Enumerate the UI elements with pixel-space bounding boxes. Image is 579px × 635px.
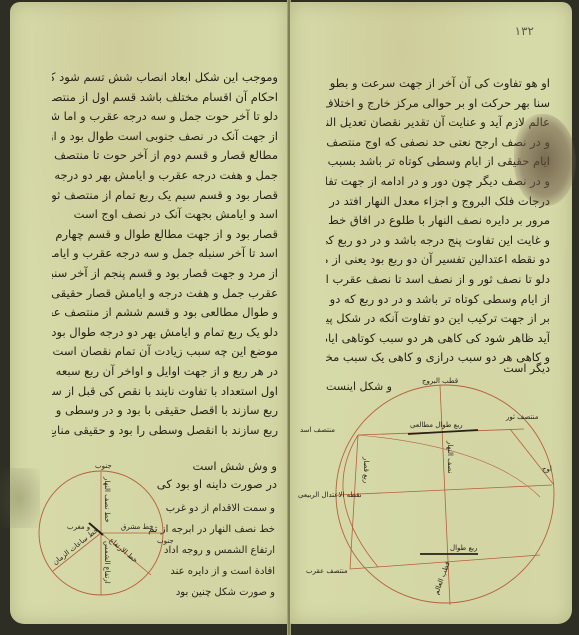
water-stain [514, 114, 576, 206]
diagram-label-vertical-lower: ارتفاع الشمس [103, 541, 111, 584]
diagram-label-east: خط مشرق [121, 523, 153, 531]
diagram-label-upper-band: ربع طوال مطالعی [410, 421, 463, 429]
text-line: و غایت این تفاوت پنج درجه باشد و در دو ر… [326, 231, 550, 251]
diagram-label-left-vertical: ربع قصار [362, 456, 370, 483]
diagram-label-center-vertical: نصف النهار [446, 440, 454, 473]
text-line: از مرد و جهت قصار بود و قسم پنجم از آخر … [52, 264, 278, 284]
open-manuscript: وموجب این شکل ابعاد انصاب شش تسم شود کی … [0, 0, 579, 635]
text-line: دیگر است [326, 360, 550, 378]
text-line: در هر ربع و از جهت اوایل و اواخر آن ربع … [52, 362, 278, 382]
right-astronomical-diagram: قطب البروج منتصف اسد ربع طوال مطالعی منت… [310, 377, 570, 617]
text-line: سنا بهر حرکت او بر حوالی مرکز خارج و اخت… [326, 94, 550, 114]
left-astronomical-diagram: جنوب خط مشرق جنوب و مغرب خط نصف النهار ا… [25, 457, 175, 607]
diagram-label-west: و مغرب [67, 523, 90, 531]
diagram-label-top: جنوب [95, 462, 112, 470]
text-line: موضع این چه سبب زیادت آن تمام نقصان است … [52, 342, 278, 362]
diagram-label-upper-right: منتصف ثور [505, 413, 539, 421]
text-line: قصار بود و قسم سیم یک ربع تمام از منتصف … [52, 186, 278, 206]
text-line: دلو تا نصف ثور و از نصف اسد تا نصف عقرب … [326, 270, 550, 290]
text-line: آید ظاهر شود کی کاهی هر دو سبب کوتاهی ای… [326, 329, 550, 349]
text-line: دو نقطه اعتدالین تفسیر آن دو ربع بود یعن… [326, 250, 550, 270]
text-line: عالم لازم آید و عنایت آن تقدیر نقصان تعد… [326, 113, 550, 133]
text-line: دلو تا آخر حوت جمل و سه درجه عقرب و اما … [52, 107, 278, 127]
diagram-label-east-outer: جنوب [157, 537, 174, 545]
left-page-text: وموجب این شکل ابعاد انصاب شش تسم شود کی … [52, 68, 278, 440]
text-line: ربع سازند با انقصل وسطی را بود و حقیقی م… [52, 421, 278, 441]
diagram-label-lower-left: خط ساعات الزمان [51, 526, 99, 566]
text-line: اسد تا آخر سنبله جمل و سه درجه عقرب و ای… [52, 244, 278, 264]
text-line: و طوال مطالعی بود و قسم ششم از منتصف عقر… [52, 303, 278, 323]
text-line: مرور بر دایره نصف النهار با طلوع در افاق… [326, 211, 550, 231]
text-line: دلو یک ربع تمام و ایامش بهر دو درجه طوال… [52, 323, 278, 343]
text-line: از ایام وسطی کوتاه تر باشد و در دو ربع ک… [326, 290, 550, 310]
right-page: ۱۳۲ او هو تفاوت کی آن آخر از جهت سرعت و … [290, 2, 572, 624]
text-line: جمل و هفت درجه عقرب و ایامش بهر دو درجه [52, 166, 278, 186]
right-page-text: او هو تفاوت کی آن آخر از جهت سرعت و بطو … [326, 74, 550, 368]
diagram-label-right: اوج [542, 465, 552, 473]
diagram-label-vertical-upper: خط نصف النهار [103, 476, 111, 523]
text-line: اول استعداد با تفاوت نایند با نقص کی قبل… [52, 382, 278, 402]
text-line: او هو تفاوت کی آن آخر از جهت سرعت و بطو … [326, 74, 550, 94]
text-line: احکام آن اقسام مختلف باشد قسم اول از منت… [52, 88, 278, 108]
text-line: قصار بود و از جهت مطالع طوال و قسم چهارم… [52, 225, 278, 245]
text-line: ربع سازند با اقصل حقیقی با بود و در وسطی… [52, 401, 278, 421]
text-line: بر از جهت ترکیب این دو تفاوت آنکه در شکل… [326, 309, 550, 329]
diagram-label-left: نقطه الاعتدال الربیعی [298, 491, 362, 499]
folio-number: ۱۳۲ [515, 24, 534, 38]
text-line: مطالع قصار و قسم دوم از آخر حوت تا منتصف… [52, 146, 278, 166]
diagram-label-top: قطب البروج [422, 377, 458, 385]
text-line: از جهت آنک در نصف جنوبی است طوال بود و ا… [52, 127, 278, 147]
ink-smudge [0, 468, 40, 528]
diagram-label-lower-band: ربع طوال [450, 544, 478, 552]
text-line: عقرب جمل و هفت درجه و ایامش قصار حقیقی [52, 284, 278, 304]
text-line: وموجب این شکل ابعاد انصاب شش تسم شود کی [52, 68, 278, 88]
left-page: وموجب این شکل ابعاد انصاب شش تسم شود کی … [10, 2, 288, 624]
text-line: اسد و ایامش بجهت آنک در نصف اوج است [52, 205, 278, 225]
diagram-label-lower-left: منتصف عقرب [306, 567, 348, 575]
text-line: درجات فلک البروج و اجزاء معدل النهار افت… [326, 192, 550, 212]
diagram-label-lower-right: خط الارتفاع [108, 536, 139, 564]
diagram-label-upper-left: منتصف اسد [300, 426, 335, 434]
